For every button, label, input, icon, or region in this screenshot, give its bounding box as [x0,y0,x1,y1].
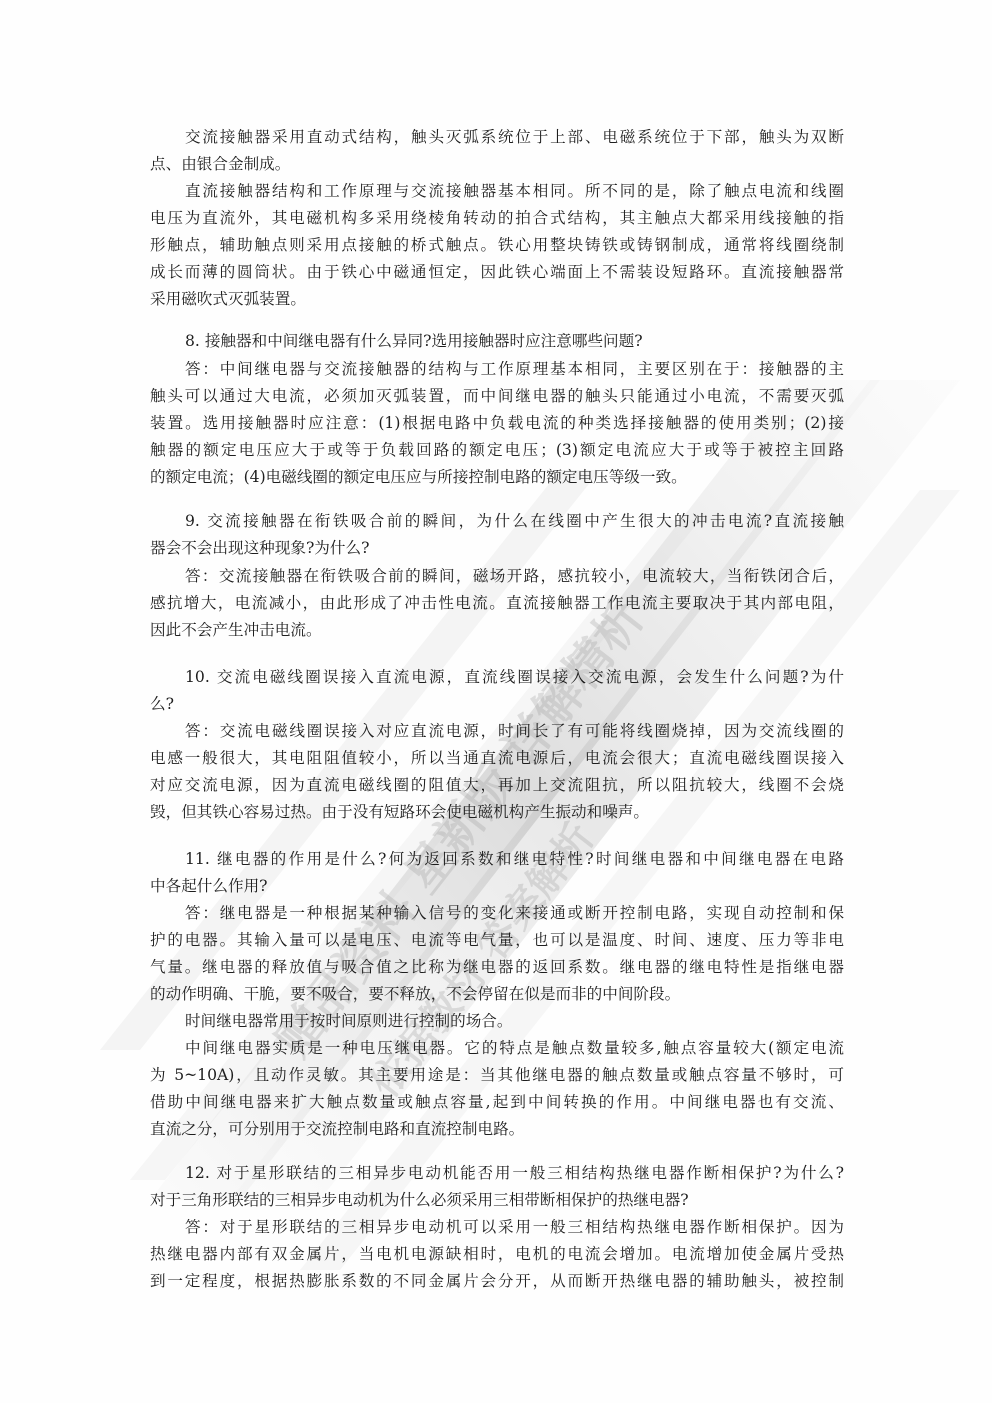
answer-line: 答：对于星形联结的三相异步电动机可以采用一般三相结构热继电器作断相保护。因为 [185,1214,844,1241]
question-line: 12. 对于星形联结的三相异步电动机能否用一般三相结构热继电器作断相保护?为什么… [185,1160,844,1187]
paragraph-line: 形触点，辅助触点则采用点接触的桥式触点。铁心用整块铸铁或铸钢制成，通常将线圈绕制 [150,232,844,259]
answer-line: 答：交流接触器在衔铁吸合前的瞬间，磁场开路，感抗较小，电流较大，当衔铁闭合后， [185,563,844,590]
paragraph-line: 成长而薄的圆筒状。由于铁心中磁通恒定，因此铁心端面上不需装设短路环。直流接触器常 [150,259,844,286]
answer-line: 感抗增大，电流减小，由此形成了冲击性电流。直流接触器工作电流主要取决于其内部电阻… [150,590,844,617]
answer-line: 触器的额定电压应大于或等于负载回路的额定电压；(3)额定电流应大于或等于被控主回… [150,437,844,464]
answer-line: 触头可以通过大电流，必须加灭弧装置，而中间继电器的触头只能通过小电流，不需要灭弧 [150,383,844,410]
paragraph-line: 点、由银合金制成。 [150,151,844,178]
question-line: 对于三角形联结的三相异步电动机为什么必须采用三相带断相保护的热继电器? [150,1187,844,1214]
question-line: 9. 交流接触器在衔铁吸合前的瞬间，为什么在线圈中产生很大的冲击电流?直流接触 [185,508,844,535]
answer-line: 答：中间继电器与交流接触器的结构与工作原理基本相同，主要区别在于：接触器的主 [185,356,844,383]
answer-line: 直流之分，可分别用于交流控制电路和直流控制电路。 [150,1116,844,1143]
answer-line: 答：继电器是一种根据某种输入信号的变化来接通或断开控制电路，实现自动控制和保 [185,900,844,927]
answer-line: 借助中间继电器来扩大触点数量或触点容量,起到中间转换的作用。中间继电器也有交流、 [150,1089,844,1116]
question-line: 11. 继电器的作用是什么?何为返回系数和继电特性?时间继电器和中间继电器在电路 [185,846,844,873]
answer-line: 中间继电器实质是一种电压继电器。它的特点是触点数量较多,触点容量较大(额定电流 [185,1035,844,1062]
question-line: 中各起什么作用? [150,873,844,900]
answer-line: 为 5~10A)，且动作灵敏。其主要用途是：当其他继电器的触点数量或触点容量不够… [150,1062,844,1089]
paragraph-line: 电压为直流外，其电磁机构多采用绕棱角转动的拍合式结构，其主触点大都采用线接触的指 [150,205,844,232]
answer-line: 气量。继电器的释放值与吸合值之比称为继电器的返回系数。继电器的继电特性是指继电器 [150,954,844,981]
document-page: 赠品资料 星新版 详解精析 依据教材 答案解析 交流接触器采用直动式结构，触头灭… [0,0,992,1403]
question-line: 10. 交流电磁线圈误接入直流电源，直流线圈误接入交流电源，会发生什么问题?为什 [185,664,844,691]
answer-line: 到一定程度，根据热膨胀系数的不同金属片会分开，从而断开热继电器的辅助触头，被控制 [150,1268,844,1295]
answer-line: 的额定电流；(4)电磁线圈的额定电压应与所接控制电路的额定电压等级一致。 [150,464,844,491]
answer-line: 护的电器。其输入量可以是电压、电流等电气量，也可以是温度、时间、速度、压力等非电 [150,927,844,954]
question-line: 么? [150,691,844,718]
answer-line: 对应交流电源，因为直流电磁线圈的阻值大，再加上交流阻抗，所以阻抗较大，线圈不会烧 [150,772,844,799]
answer-line: 热继电器内部有双金属片，当电机电源缺相时，电机的电流会增加。电流增加使金属片受热 [150,1241,844,1268]
answer-line: 时间继电器常用于按时间原则进行控制的场合。 [185,1008,844,1035]
answer-line: 因此不会产生冲击电流。 [150,617,844,644]
answer-line: 的动作明确、干脆，要不吸合，要不释放，不会停留在似是而非的中间阶段。 [150,981,844,1008]
answer-line: 装置。选用接触器时应注意：(1)根据电路中负载电流的种类选择接触器的使用类别；(… [150,410,844,437]
answer-line: 毁，但其铁心容易过热。由于没有短路环会使电磁机构产生振动和噪声。 [150,799,844,826]
paragraph-line: 采用磁吹式灭弧装置。 [150,286,844,313]
paragraph-line: 直流接触器结构和工作原理与交流接触器基本相同。所不同的是，除了触点电流和线圈 [185,178,844,205]
question-line: 8. 接触器和中间继电器有什么异同?选用接触器时应注意哪些问题? [185,328,844,355]
question-line: 器会不会出现这种现象?为什么? [150,535,844,562]
answer-line: 电感一般很大，其电阻阻值较小，所以当通直流电源后，电流会很大；直流电磁线圈误接入 [150,745,844,772]
answer-line: 答：交流电磁线圈误接入对应直流电源，时间长了有可能将线圈烧掉，因为交流线圈的 [185,718,844,745]
paragraph-line: 交流接触器采用直动式结构，触头灭弧系统位于上部、电磁系统位于下部，触头为双断 [185,124,844,151]
